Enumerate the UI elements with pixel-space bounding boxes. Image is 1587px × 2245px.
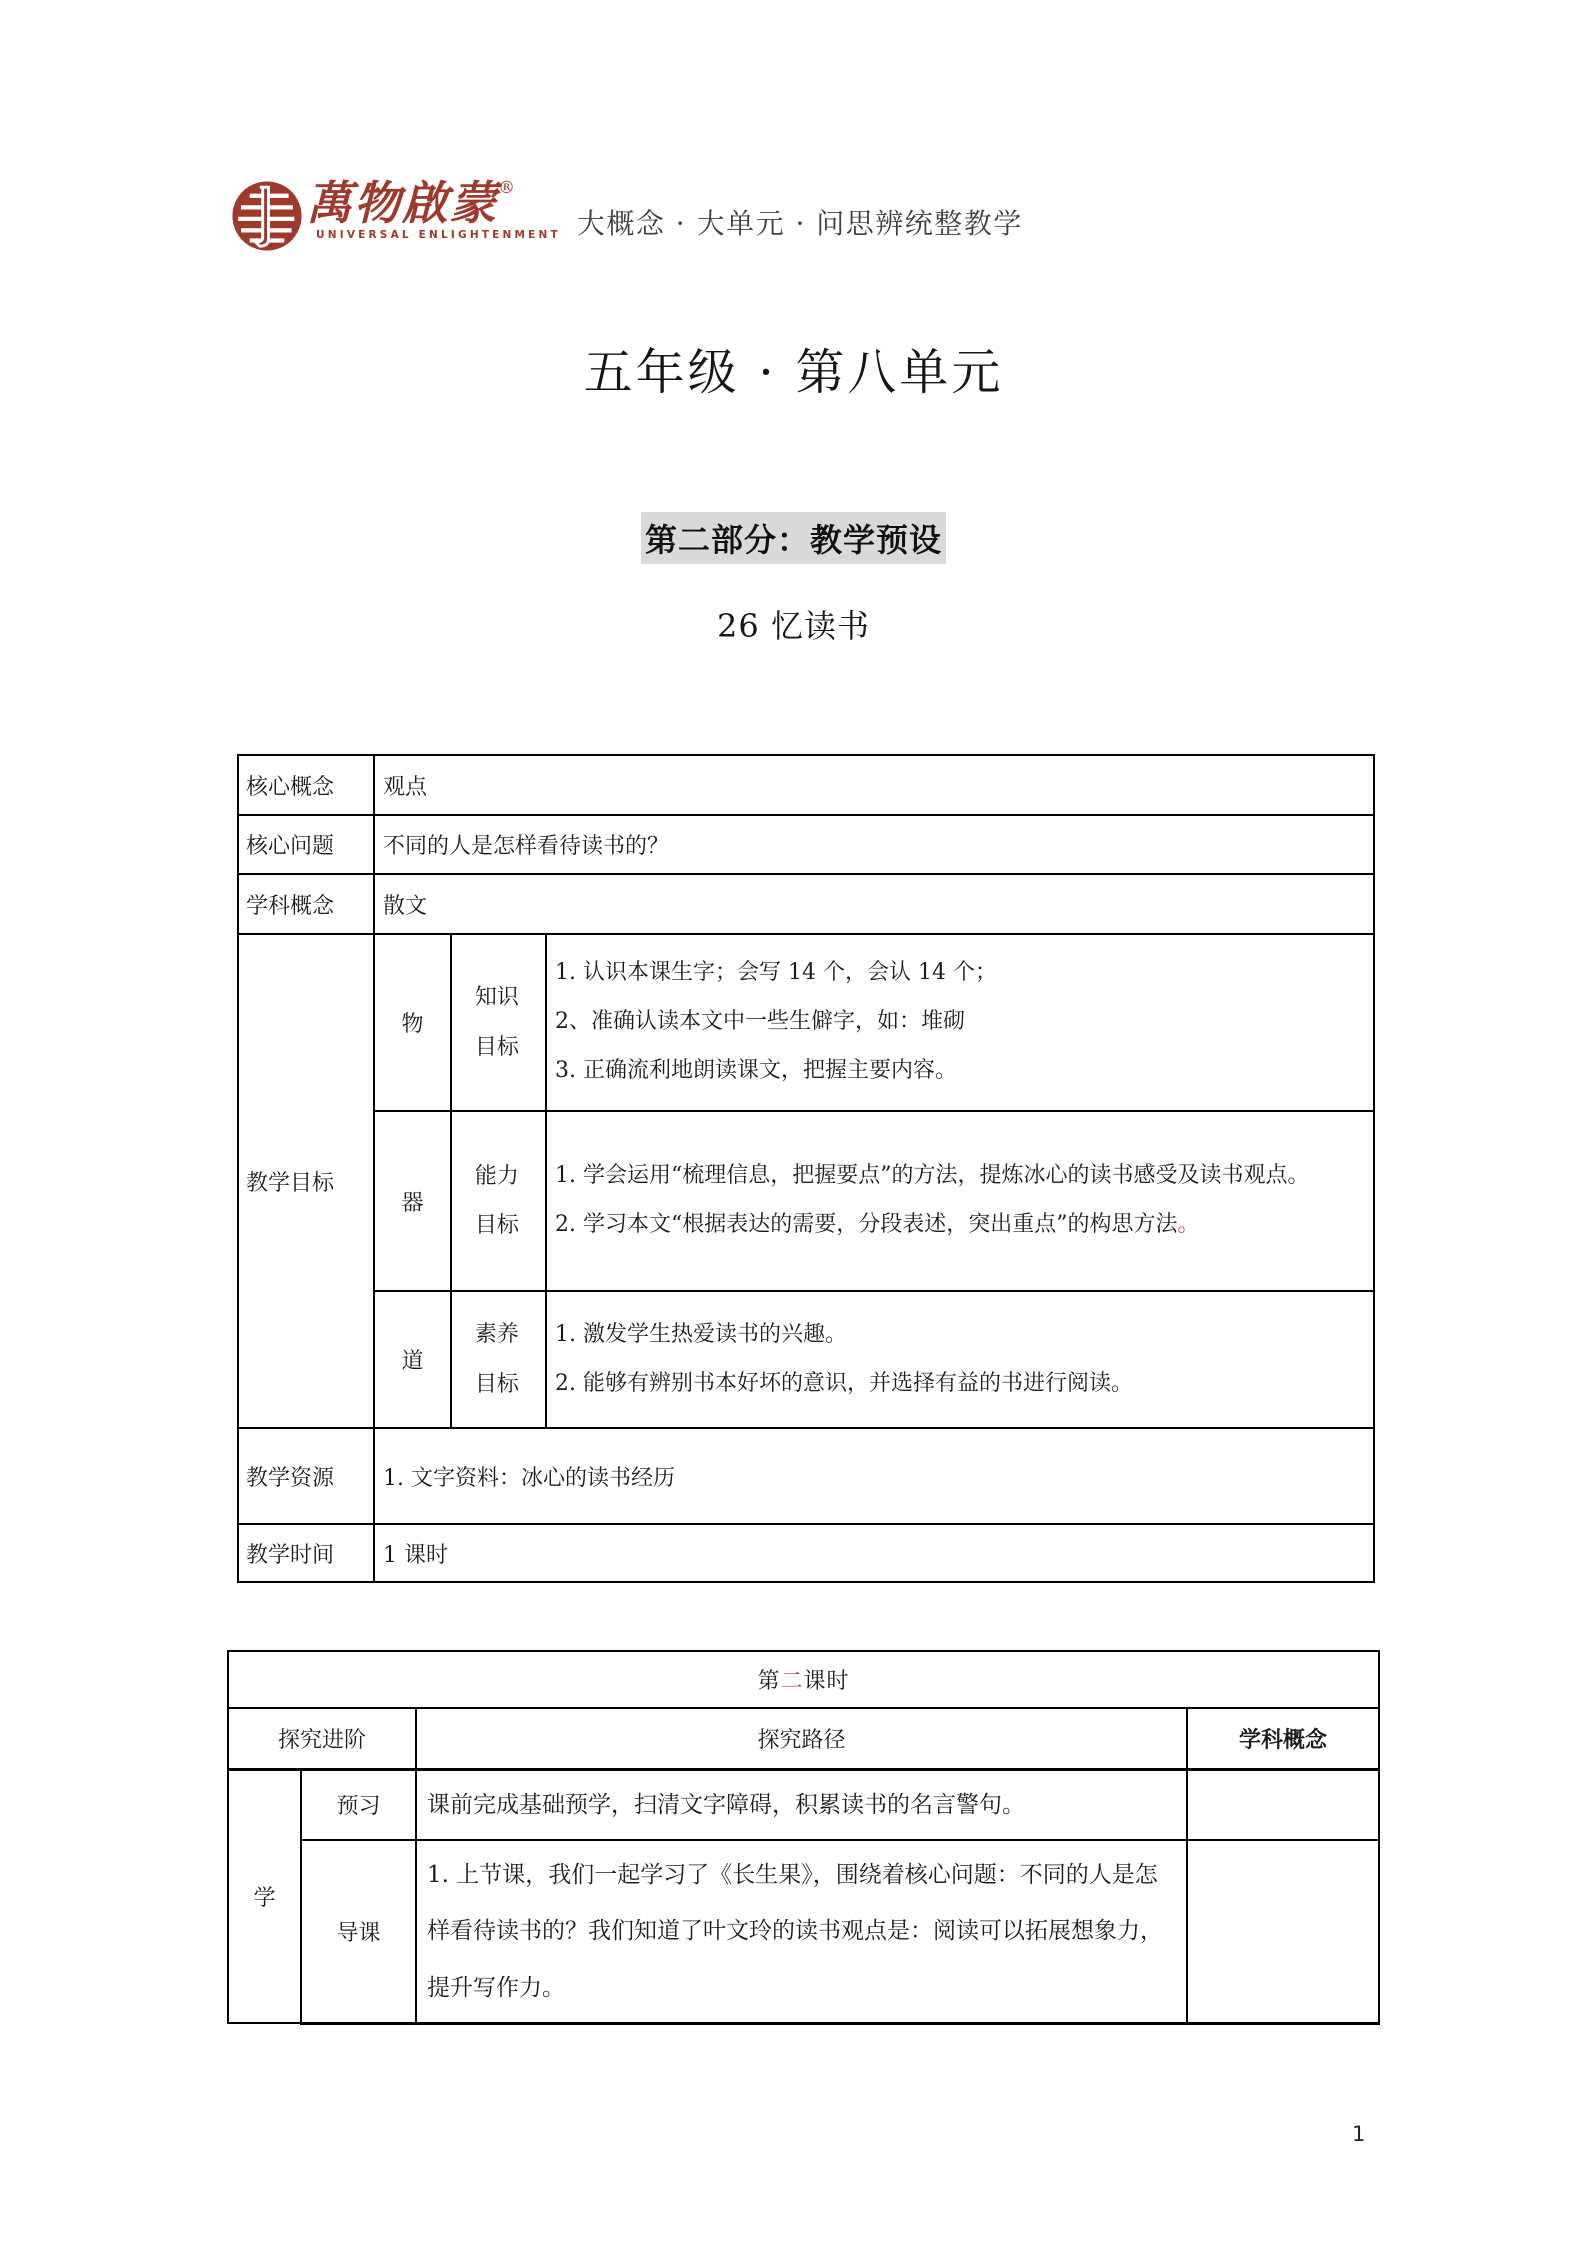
document-title: 五年级 · 第八单元 <box>0 334 1587 404</box>
objective-line: 2、准确认读本文中一些生僻字，如：堆砌 <box>555 998 1369 1047</box>
brand-header: 萬物啟蒙® UNIVERSAL ENLIGHTENMENT 大概念 · 大单元 … <box>231 180 1023 252</box>
table-row: 核心概念 观点 <box>238 755 1374 815</box>
session-header-row: 探究进阶 探究路径 学科概念 <box>228 1708 1379 1769</box>
objective-type-literacy: 素养目标 <box>451 1291 546 1428</box>
lesson-title: 26 忆读书 <box>0 601 1587 647</box>
concept-cell-empty <box>1187 1769 1379 1840</box>
row-label-core-concept: 核心概念 <box>238 755 374 815</box>
header-inquiry-path: 探究路径 <box>416 1708 1187 1769</box>
row-value-core-concept: 观点 <box>374 755 1374 815</box>
table-row-ability-objectives: 器 能力目标 1. 学会运用“梳理信息，把握要点”的方法，提炼冰心的读书感受及读… <box>238 1111 1374 1291</box>
row-label-teaching-objectives: 教学目标 <box>238 934 374 1428</box>
objective-type-knowledge: 知识目标 <box>451 934 546 1111</box>
step-content-preview: 课前完成基础预学，扫清文字障碍，积累读书的名言警句。 <box>416 1769 1187 1840</box>
registered-trademark-icon: ® <box>498 178 515 198</box>
objective-type-ability: 能力目标 <box>451 1111 546 1291</box>
table-row: 学科概念 散文 <box>238 874 1374 934</box>
brand-name: 萬物啟蒙® <box>306 180 561 226</box>
session-row-lead-in: 导课 1. 上节课，我们一起学习了《长生果》，围绕着核心问题：不同的人是怎样看待… <box>228 1840 1379 2024</box>
brand-text-block: 萬物啟蒙® UNIVERSAL ENLIGHTENMENT <box>306 180 561 241</box>
objective-content-literacy: 1. 激发学生热爱读书的兴趣。 2. 能够有辨别书本好坏的意识，并选择有益的书进… <box>546 1291 1374 1428</box>
row-label-subject-concept: 学科概念 <box>238 874 374 934</box>
objective-line: 1. 激发学生热爱读书的兴趣。 <box>555 1311 1369 1360</box>
table-row-literacy-objectives: 道 素养目标 1. 激发学生热爱读书的兴趣。 2. 能够有辨别书本好坏的意识，并… <box>238 1291 1374 1428</box>
logo: 萬物啟蒙® UNIVERSAL ENLIGHTENMENT <box>231 180 561 252</box>
row-value-subject-concept: 散文 <box>374 874 1374 934</box>
table-row: 核心问题 不同的人是怎样看待读书的？ <box>238 815 1374 874</box>
universal-enlightenment-logo-icon <box>231 180 303 252</box>
page-number: 1 <box>1352 2122 1365 2146</box>
brand-tagline: 大概念 · 大单元 · 问思辨统整教学 <box>577 202 1023 242</box>
brand-name-cn: 萬物啟蒙 <box>306 176 498 230</box>
brand-name-en: UNIVERSAL ENLIGHTENMENT <box>316 229 561 241</box>
session-title: 第二课时 <box>228 1651 1379 1708</box>
objective-content-ability: 1. 学会运用“梳理信息，把握要点”的方法，提炼冰心的读书感受及读书观点。 2.… <box>546 1111 1374 1291</box>
objective-dimension-dao: 道 <box>374 1291 451 1428</box>
session-row-preview: 学 预习 课前完成基础预学，扫清文字障碍，积累读书的名言警句。 <box>228 1769 1379 1840</box>
row-value-teaching-resources: 1. 文字资料：冰心的读书经历 <box>374 1428 1374 1524</box>
row-label-core-question: 核心问题 <box>238 815 374 874</box>
objective-line: 1. 认识本课生字；会写 14 个，会认 14 个； <box>555 949 1369 998</box>
step-content-lead-in: 1. 上节课，我们一起学习了《长生果》，围绕着核心问题：不同的人是怎样看待读书的… <box>416 1840 1187 2024</box>
row-label-teaching-resources: 教学资源 <box>238 1428 374 1524</box>
document-page: 萬物啟蒙® UNIVERSAL ENLIGHTENMENT 大概念 · 大单元 … <box>0 0 1587 2245</box>
row-value-teaching-time: 1 课时 <box>374 1524 1374 1582</box>
objective-line: 1. 学会运用“梳理信息，把握要点”的方法，提炼冰心的读书感受及读书观点。 <box>555 1152 1369 1201</box>
objective-dimension-wu: 物 <box>374 934 451 1111</box>
session-number-red: 二 <box>780 1669 803 1694</box>
stage-label-learn: 学 <box>228 1769 301 2023</box>
objective-dimension-qi: 器 <box>374 1111 451 1291</box>
objective-line: 2. 学习本文“根据表达的需要，分段表述，突出重点”的构思方法。 <box>555 1201 1369 1250</box>
session-title-row: 第二课时 <box>228 1651 1379 1708</box>
section-heading-line: 第二部分：教学预设 <box>0 512 1587 564</box>
objective-content-knowledge: 1. 认识本课生字；会写 14 个，会认 14 个； 2、准确认读本文中一些生僻… <box>546 934 1374 1111</box>
objective-line: 2. 能够有辨别书本好坏的意识，并选择有益的书进行阅读。 <box>555 1360 1369 1409</box>
table-row-knowledge-objectives: 教学目标 物 知识目标 1. 认识本课生字；会写 14 个，会认 14 个； 2… <box>238 934 1374 1111</box>
lesson-overview-table: 核心概念 观点 核心问题 不同的人是怎样看待读书的？ 学科概念 散文 教学目标 … <box>237 754 1375 1583</box>
section-heading: 第二部分：教学预设 <box>641 512 946 564</box>
header-subject-concept: 学科概念 <box>1187 1708 1379 1769</box>
concept-cell-empty <box>1187 1840 1379 2024</box>
row-label-teaching-time: 教学时间 <box>238 1524 374 1582</box>
table-row: 教学资源 1. 文字资料：冰心的读书经历 <box>238 1428 1374 1524</box>
row-value-core-question: 不同的人是怎样看待读书的？ <box>374 815 1374 874</box>
header-inquiry-progression: 探究进阶 <box>228 1708 416 1769</box>
step-label-lead-in: 导课 <box>301 1840 416 2024</box>
table-row: 教学时间 1 课时 <box>238 1524 1374 1582</box>
objective-line: 3. 正确流利地朗读课文，把握主要内容。 <box>555 1047 1369 1096</box>
lesson-session-table: 第二课时 探究进阶 探究路径 学科概念 学 预习 课前完成基础预学，扫清文字障碍… <box>227 1650 1380 2025</box>
step-label-preview: 预习 <box>301 1769 416 1840</box>
